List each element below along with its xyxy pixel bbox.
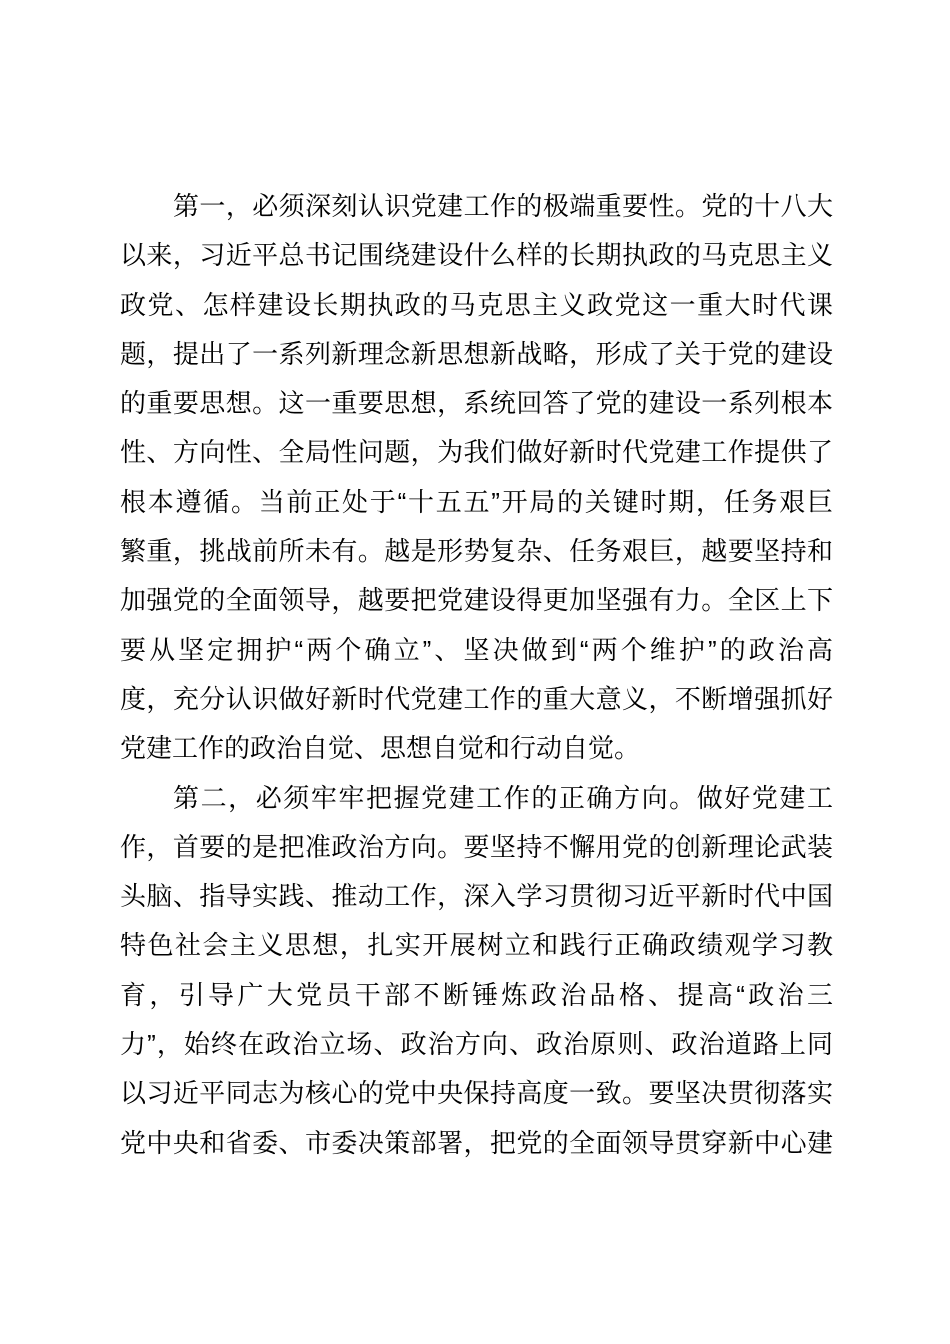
text-line: 繁重，挑战前所未有。越是形势复杂、任务艰巨，越要坚持和 (120, 527, 833, 576)
text-line: 的重要思想。这一重要思想，系统回答了党的建设一系列根本 (120, 379, 833, 428)
text-line: 题，提出了一系列新理念新思想新战略，形成了关于党的建设 (120, 330, 833, 379)
text-line: 度，充分认识做好新时代党建工作的重大意义，不断增强抓好 (120, 675, 833, 724)
text-line: 党建工作的政治自觉、思想自觉和行动自觉。 (120, 724, 833, 773)
text-line: 党中央和省委、市委决策部署，把党的全面领导贯穿新中心建 (120, 1119, 833, 1168)
document-page: 第一，必须深刻认识党建工作的极端重要性。党的十八大以来，习近平总书记围绕建设什么… (0, 0, 950, 1344)
text-line: 以来，习近平总书记围绕建设什么样的长期执政的马克思主义 (120, 231, 833, 280)
text-line: 第二，必须牢牢把握党建工作的正确方向。做好党建工 (120, 774, 833, 823)
text-line: 第一，必须深刻认识党建工作的极端重要性。党的十八大 (120, 182, 833, 231)
text-line: 加强党的全面领导，越要把党建设得更加坚强有力。全区上下 (120, 576, 833, 625)
document-body: 第一，必须深刻认识党建工作的极端重要性。党的十八大以来，习近平总书记围绕建设什么… (120, 182, 833, 1168)
text-line: 性、方向性、全局性问题，为我们做好新时代党建工作提供了 (120, 428, 833, 477)
text-line: 头脑、指导实践、推动工作，深入学习贯彻习近平新时代中国 (120, 872, 833, 921)
paragraph: 第二，必须牢牢把握党建工作的正确方向。做好党建工作，首要的是把准政治方向。要坚持… (120, 774, 833, 1168)
text-line: 力”，始终在政治立场、政治方向、政治原则、政治道路上同 (120, 1020, 833, 1069)
text-line: 特色社会主义思想，扎实开展树立和践行正确政绩观学习教 (120, 921, 833, 970)
text-line: 根本遵循。当前正处于“十五五”开局的关键时期，任务艰巨 (120, 478, 833, 527)
text-line: 作，首要的是把准政治方向。要坚持不懈用党的创新理论武装 (120, 823, 833, 872)
text-line: 政党、怎样建设长期执政的马克思主义政党这一重大时代课 (120, 281, 833, 330)
text-line: 要从坚定拥护“两个确立”、坚决做到“两个维护”的政治高 (120, 626, 833, 675)
text-line: 育，引导广大党员干部不断锤炼政治品格、提高“政治三 (120, 971, 833, 1020)
text-line: 以习近平同志为核心的党中央保持高度一致。要坚决贯彻落实 (120, 1069, 833, 1118)
paragraph: 第一，必须深刻认识党建工作的极端重要性。党的十八大以来，习近平总书记围绕建设什么… (120, 182, 833, 774)
